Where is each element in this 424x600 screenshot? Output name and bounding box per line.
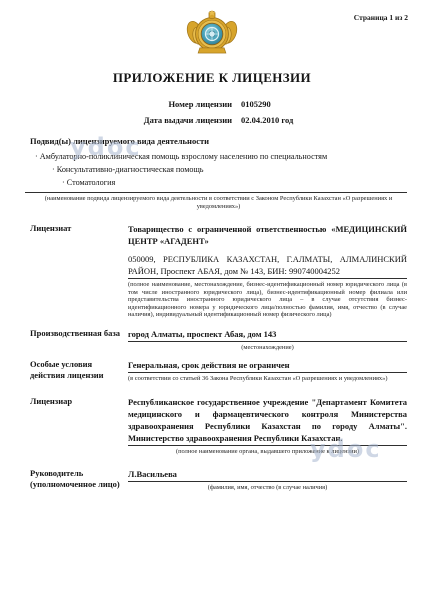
- license-date-row: Дата выдачи лицензии 02.04.2010 год: [0, 115, 424, 125]
- special-conditions-row: Особые условия действия лицензии Генерал…: [30, 359, 407, 383]
- licensor-caption: (полное наименование органа, выдавшего п…: [128, 448, 407, 456]
- license-date-label: Дата выдачи лицензии: [0, 115, 232, 125]
- document-title: ПРИЛОЖЕНИЕ К ЛИЦЕНЗИИ: [0, 70, 424, 86]
- special-conditions-label-line1: Особые условия: [30, 359, 128, 370]
- licensor-value: Республиканское государственное учрежден…: [128, 396, 407, 446]
- head-official-row: Руководитель (уполномоченное лицо) Л.Вас…: [30, 468, 407, 492]
- subtypes-caption: (наименование подвида лицензируемого вид…: [30, 195, 407, 210]
- production-base-caption: (местонахождение): [128, 344, 407, 352]
- head-official-caption: (фамилия, имя, отчество (в случае наличи…: [128, 484, 407, 492]
- special-conditions-value: Генеральная, срок действия не ограничен: [128, 359, 407, 373]
- subtype-item: · Стоматология: [62, 178, 407, 187]
- licensee-address: 050009, РЕСПУБЛИКА КАЗАХСТАН, Г.АЛМАТЫ, …: [128, 253, 407, 279]
- license-appendix-document: ydoc ydoc Страница 1 из 2: [0, 0, 424, 600]
- licensor-row: Лицензиар Республиканское государственно…: [30, 396, 407, 456]
- head-official-name: Л.Васильева: [128, 468, 407, 482]
- special-conditions-caption: (в соответствии со статьей 36 Закона Рес…: [128, 375, 407, 383]
- subtypes-heading: Подвид(ы) лицензируемого вида деятельнос…: [30, 136, 407, 146]
- page-number-indicator: Страница 1 из 2: [354, 13, 408, 22]
- licensee-row: Лицензиат Товарищество с ограниченной от…: [30, 223, 407, 319]
- separator-line: [25, 192, 407, 193]
- subtype-item: · Консультативно-диагностическая помощь: [52, 165, 407, 174]
- license-date-value: 02.04.2010 год: [241, 115, 293, 125]
- licensee-name: Товарищество с ограниченной ответственно…: [128, 223, 407, 247]
- head-official-label-line1: Руководитель: [30, 468, 128, 479]
- head-official-label-line2: (уполномоченное лицо): [30, 479, 128, 490]
- license-number-row: Номер лицензии 0105290: [0, 99, 424, 109]
- subtype-item: · Амбулаторно-поликлиническая помощь взр…: [35, 152, 407, 161]
- kazakhstan-coat-of-arms-icon: [186, 9, 238, 59]
- licensor-label: Лицензиар: [30, 396, 128, 456]
- licensee-caption: (полное наименование, местонахождение, б…: [128, 281, 407, 319]
- production-base-value: город Алматы, проспект Абая, дом 143: [128, 328, 407, 342]
- license-number-value: 0105290: [241, 99, 271, 109]
- licensee-label: Лицензиат: [30, 223, 128, 319]
- licensed-activity-subtypes-section: Подвид(ы) лицензируемого вида деятельнос…: [30, 136, 407, 210]
- special-conditions-label-line2: действия лицензии: [30, 370, 128, 381]
- production-base-row: Производственная база город Алматы, прос…: [30, 328, 407, 352]
- license-number-label: Номер лицензии: [0, 99, 232, 109]
- production-base-label: Производственная база: [30, 328, 128, 352]
